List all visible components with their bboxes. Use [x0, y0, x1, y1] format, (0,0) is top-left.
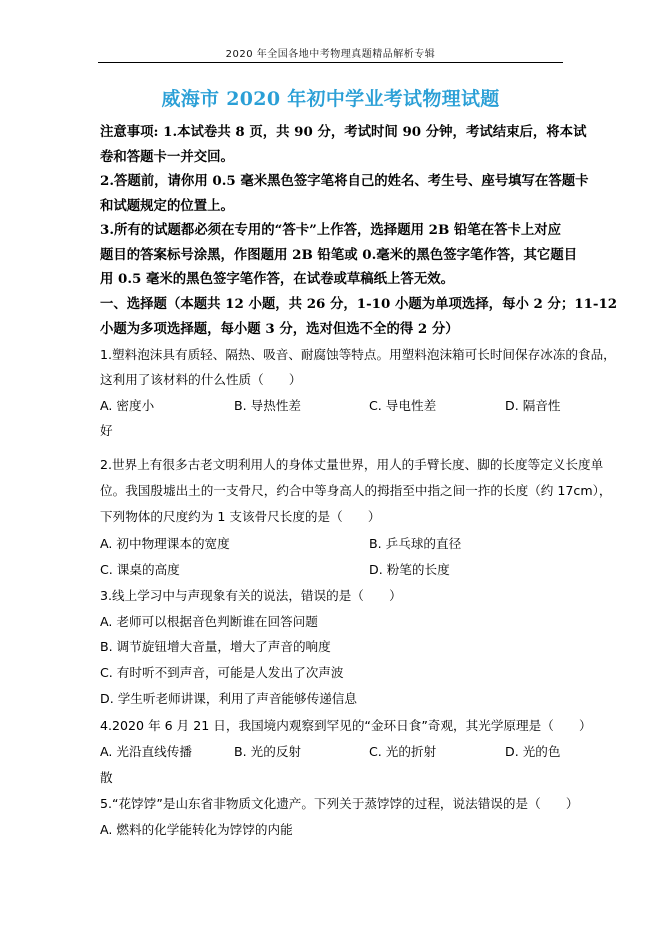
question-1-option-d-wrap: 好: [100, 420, 113, 439]
question-2-option-b: B. 乒乓球的直径: [369, 533, 461, 552]
notice-line: 卷和答题卡一并交回。: [100, 146, 234, 165]
question-2-stem: 下列物体的尺度约为 1 支该骨尺长度的是（ ）: [100, 506, 381, 525]
question-5-stem: 5.“花饽饽”是山东省非物质文化遗产。下列关于蒸饽饽的过程，说法错误的是（ ）: [100, 793, 578, 812]
question-2-option-c: C. 课桌的高度: [100, 559, 180, 578]
question-3-stem: 3.线上学习中与声现象有关的说法，错误的是（ ）: [100, 585, 402, 604]
notice-line: 3.所有的试题都必须在专用的“答卡”上作答，选择题用 2B 铅笔在答卡上对应: [100, 219, 561, 238]
notice-line: 题目的答案标号涂黑，作图题用 2B 铅笔或 0.毫米的黑色签字笔作答，其它题目: [100, 244, 577, 263]
question-5-option-a: A. 燃料的化学能转化为饽饽的内能: [100, 819, 293, 838]
question-4-stem: 4.2020 年 6 月 21 日，我国境内观察到罕见的“金环日食”奇观，其光学…: [100, 715, 592, 734]
question-3-option-d: D. 学生听老师讲课，利用了声音能够传递信息: [100, 688, 357, 707]
question-2-option-d: D. 粉笔的长度: [369, 559, 450, 578]
question-3-option-a: A. 老师可以根据音色判断谁在回答问题: [100, 611, 318, 630]
exam-title: 威海市 2020 年初中学业考试物理试题: [98, 84, 563, 111]
question-4-option-c: C. 光的折射: [369, 741, 436, 760]
notice-line: 和试题规定的位置上。: [100, 195, 234, 214]
question-2-option-a: A. 初中物理课本的宽度: [100, 533, 230, 552]
question-4-option-d: D. 光的色: [505, 741, 561, 760]
notice-line: 2.答题前，请你用 0.5 毫米黑色签字笔将自己的姓名、考生号、座号填写在答题卡: [100, 170, 589, 189]
question-3-option-c: C. 有时听不到声音，可能是人发出了次声波: [100, 662, 344, 681]
document-page: 2020 年全国各地中考物理真题精品解析专辑 威海市 2020 年初中学业考试物…: [0, 0, 661, 935]
question-4-option-b: B. 光的反射: [234, 741, 301, 760]
question-1-option-b: B. 导热性差: [234, 395, 301, 414]
question-1-option-a: A. 密度小: [100, 395, 154, 414]
question-1-stem: 1.塑料泡沫具有质轻、隔热、吸音、耐腐蚀等特点。用塑料泡沫箱可长时间保存冰冻的食…: [100, 344, 616, 363]
question-4-option-a: A. 光沿直线传播: [100, 741, 192, 760]
notice-line: 用 0.5 毫米的黑色签字笔作答，在试卷或草稿纸上答无效。: [100, 268, 454, 287]
header-divider: [98, 62, 563, 63]
question-4-option-d-wrap: 散: [100, 767, 113, 786]
question-3-option-b: B. 调节旋钮增大音量，增大了声音的响度: [100, 636, 331, 655]
notice-line: 注意事项: 1.本试卷共 8 页，共 90 分，考试时间 90 分钟，考试结束后…: [100, 121, 586, 140]
question-2-stem: 2.世界上有很多古老文明利用人的身体丈量世界，用人的手臂长度、脚的长度等定义长度…: [100, 454, 603, 473]
running-header: 2020 年全国各地中考物理真题精品解析专辑: [98, 45, 563, 60]
question-1-stem: 这利用了该材料的什么性质（ ）: [100, 369, 302, 388]
section-heading: 小题为多项选择题，每小题 3 分，选对但选不全的得 2 分）: [100, 318, 459, 337]
section-heading: 一、选择题（本题共 12 小题，共 26 分，1-10 小题为单项选择，每小 2…: [100, 293, 617, 312]
question-2-stem: 位。我国殷墟出土的一支骨尺，约合中等身高人的拇指至中指之间一拃的长度（约 17c…: [100, 480, 611, 499]
question-1-option-c: C. 导电性差: [369, 395, 436, 414]
question-1-option-d: D. 隔音性: [505, 395, 561, 414]
